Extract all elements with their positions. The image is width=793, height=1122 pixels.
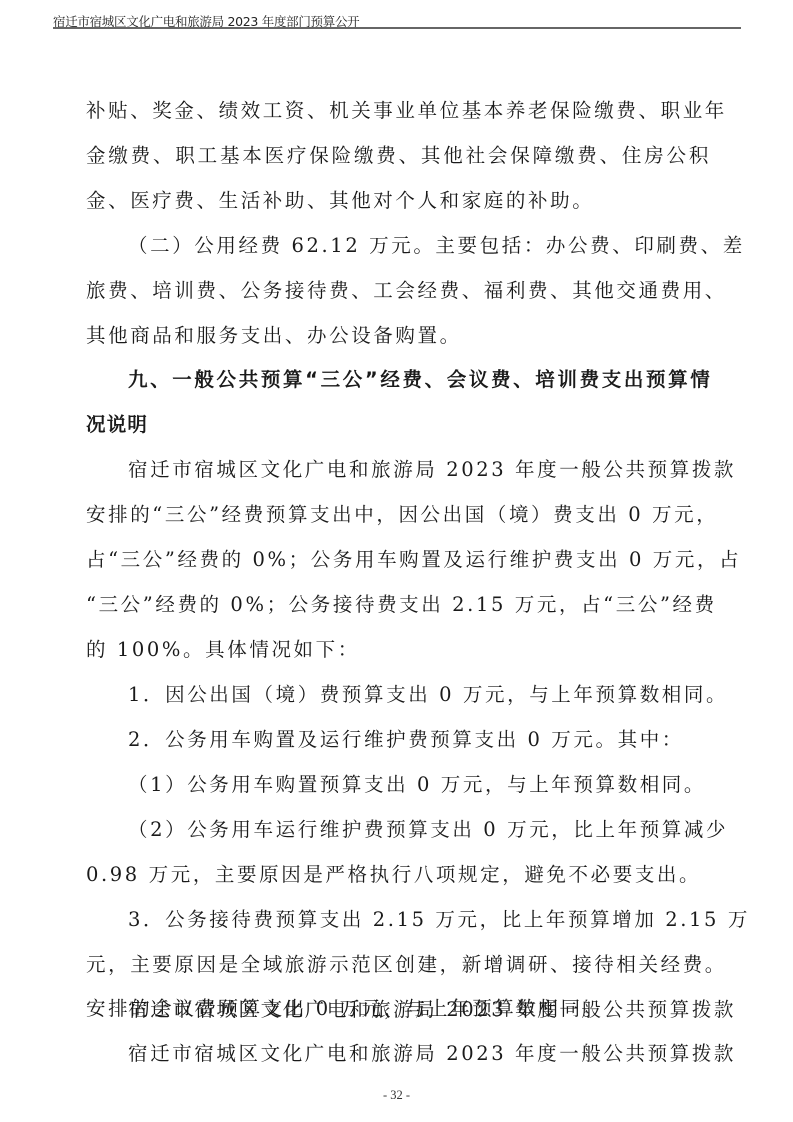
section-heading-line: 九、一般公共预算“三公”经费、会议费、培训费支出预算情 [128,367,711,393]
paragraph-line: 元，主要原因是全域旅游示范区创建，新增调研、接待相关经费。 [86,952,711,978]
header-divider [53,27,741,29]
paragraph-line: （1）公务用车购置预算支出 0 万元，与上年预算数相同。 [128,772,711,798]
paragraph-line: （二）公用经费 62.12 万元。主要包括：办公费、印刷费、差 [128,233,711,259]
paragraph-line: 宿迁市宿城区文化广电和旅游局 2023 年度一般公共预算拨款 [128,1041,711,1067]
paragraph-line: 1．因公出国（境）费预算支出 0 万元，与上年预算数相同。 [128,682,711,708]
paragraph-line: 的 100%。具体情况如下： [86,637,711,663]
paragraph-line: “三公”经费的 0%；公务接待费支出 2.15 万元，占“三公”经费 [86,592,711,618]
page-number: - 32 - [0,1088,793,1103]
paragraph-line: （2）公务用车运行维护费预算支出 0 万元，比上年预算减少 [128,817,711,843]
paragraph-line: 安排的会议费预算支出 0 万元，与上年预算数相同。 [86,996,711,1022]
paragraph-line: 2．公务用车购置及运行维护费预算支出 0 万元。其中： [128,727,711,753]
paragraph-line: 补贴、奖金、绩效工资、机关事业单位基本养老保险缴费、职业年 [86,98,711,124]
paragraph-line: 宿迁市宿城区文化广电和旅游局 2023 年度一般公共预算拨款 [128,457,711,483]
section-heading-line: 况说明 [86,412,711,438]
paragraph-line: 3．公务接待费预算支出 2.15 万元，比上年预算增加 2.15 万 [128,907,711,933]
paragraph-line: 0.98 万元，主要原因是严格执行八项规定，避免不必要支出。 [86,862,711,888]
paragraph-line: 金、医疗费、生活补助、其他对个人和家庭的补助。 [86,188,711,214]
paragraph-line: 占“三公”经费的 0%；公务用车购置及运行维护费支出 0 万元，占 [86,547,711,573]
paragraph-line: 金缴费、职工基本医疗保险缴费、其他社会保障缴费、住房公积 [86,143,711,169]
paragraph-line: 安排的“三公”经费预算支出中，因公出国（境）费支出 0 万元， [86,502,711,528]
paragraph-line: 旅费、培训费、公务接待费、工会经费、福利费、其他交通费用、 [86,278,711,304]
paragraph-line: 其他商品和服务支出、办公设备购置。 [86,323,711,349]
